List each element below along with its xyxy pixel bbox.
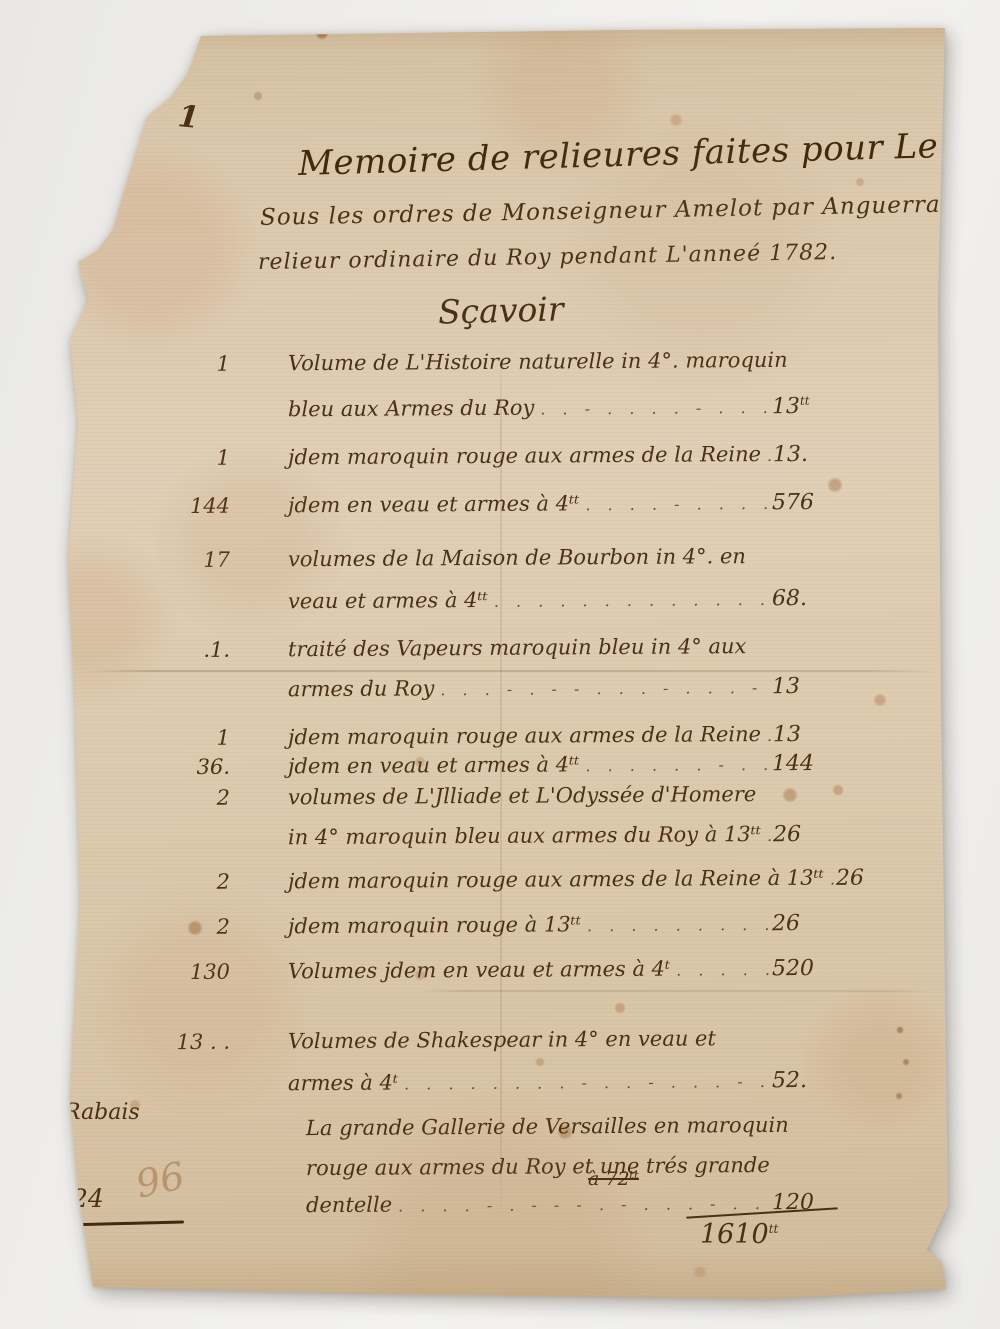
quantity bbox=[130, 1213, 238, 1214]
entry-line: 2jdem maroquin rouge à 13ᵗᵗ. . . . . . .… bbox=[130, 911, 822, 941]
manuscript-paper-wrap: 2. 1 Memoire de relieures faites pour Le… bbox=[0, 0, 1000, 1329]
dot-leader: . . . . - . . . . . . - . . . bbox=[579, 494, 772, 514]
quantity: 144 bbox=[130, 494, 238, 519]
entry-line: 36.jdem en veau et armes à 4ᵗᵗ. . . . . … bbox=[130, 751, 822, 781]
dot-leader: . . . - bbox=[761, 826, 773, 845]
entry-line: La grande Gallerie de Versailles en maro… bbox=[130, 1113, 822, 1142]
quantity bbox=[130, 609, 238, 610]
entry-line: 1Volume de L'Histoire naturelle in 4°. m… bbox=[130, 348, 822, 377]
quantity: .1. bbox=[130, 638, 238, 663]
quantity: 2 bbox=[130, 915, 238, 940]
entry-text: volumes de la Maison de Bourbon in 4°. e… bbox=[288, 544, 746, 571]
amount: 13 bbox=[773, 722, 823, 748]
entry-line: 2jdem maroquin rouge aux armes de la Rei… bbox=[130, 866, 822, 896]
amount: 13 bbox=[772, 674, 822, 700]
amount: 144 bbox=[772, 751, 822, 777]
amount: 576 bbox=[772, 490, 822, 516]
entry-text: jdem maroquin rouge aux armes de la Rein… bbox=[288, 722, 761, 749]
photo-background: 2. 1 Memoire de relieures faites pour Le… bbox=[0, 0, 1000, 1329]
quantity: 13 . . bbox=[130, 1030, 238, 1055]
entry-text: bleu aux Armes du Roy bbox=[288, 396, 534, 422]
amount: 26 bbox=[773, 822, 823, 848]
quantity bbox=[130, 1091, 238, 1092]
entry-line: 1jdem maroquin rouge aux armes de la Rei… bbox=[130, 442, 822, 472]
dot-leader: . . . . - . - - - . - . . . - . . . . bbox=[392, 1194, 772, 1216]
entry-text: volumes de L'Jlliade et L'Odyssée d'Home… bbox=[288, 782, 756, 809]
dot-leader: . . . . . - . bbox=[761, 446, 773, 465]
quantity: 17 bbox=[130, 548, 238, 573]
struck-out-value: à 72ᵗᵗ bbox=[588, 1168, 639, 1190]
entry-line: 2volumes de L'Jlliade et L'Odyssée d'Hom… bbox=[130, 782, 822, 811]
entry-line: bleu aux Armes du Roy. . - . . . . - . .… bbox=[130, 394, 822, 424]
dot-leader: . . . - . - - . . . - . . . - . - . . - … bbox=[434, 678, 772, 699]
quantity bbox=[130, 697, 238, 698]
corner-ink-mark: 1 bbox=[176, 99, 200, 136]
entry-text: armes à 4ᵗ bbox=[288, 1071, 398, 1096]
quantity bbox=[130, 1136, 238, 1137]
dot-leader: . . . . bbox=[824, 870, 836, 889]
entry-line: 17volumes de la Maison de Bourbon in 4°.… bbox=[130, 544, 822, 573]
dot-leader: . . - - - - . bbox=[761, 726, 773, 745]
entry-text: traité des Vapeurs maroquin bleu in 4° a… bbox=[288, 634, 747, 661]
entry-text: Volumes jdem en veau et armes à 4ᵗ bbox=[288, 957, 670, 984]
amount: 26 bbox=[772, 911, 822, 937]
amount: 520 bbox=[772, 956, 822, 982]
amount: 13tt bbox=[772, 394, 822, 420]
entry-line: veau et armes à 4ᵗᵗ. . . . . . . . . . .… bbox=[130, 586, 822, 616]
dot-leader: . . . . . . . . . . - . . - bbox=[581, 915, 772, 935]
dot-leader: . . . . . . . . . . . . . . - . . - . - … bbox=[488, 590, 772, 611]
fold-crease-horizontal bbox=[420, 990, 932, 992]
entry-text: jdem maroquin rouge aux armes de la Rein… bbox=[288, 866, 824, 894]
document-title: Memoire de relieures faites pour Le Roy bbox=[298, 124, 1000, 184]
total-amount: 1610tt bbox=[700, 1219, 778, 1250]
rabais-label: Rabais bbox=[64, 1100, 140, 1125]
entry-text: jdem en veau et armes à 4ᵗᵗ bbox=[288, 492, 580, 518]
document-subtitle-line2: relieur ordinaire du Roy pendant L'anneé… bbox=[258, 240, 837, 275]
amount: 68. bbox=[772, 586, 822, 612]
manuscript-page: 2. 1 Memoire de relieures faites pour Le… bbox=[0, 0, 1000, 1329]
dot-leader: . . . . . . . . . bbox=[670, 960, 772, 980]
entry-text: jdem maroquin rouge aux armes de la Rein… bbox=[288, 442, 761, 469]
entry-text: armes du Roy bbox=[288, 677, 434, 702]
dot-leader: . . . . . . . . - . . - . . . - . - . . … bbox=[398, 1072, 772, 1094]
rabais-amount: 24 bbox=[72, 1184, 104, 1213]
quantity bbox=[130, 417, 238, 418]
entry-text: dentelle bbox=[306, 1193, 392, 1218]
rabais-underline bbox=[62, 1220, 184, 1226]
entry-line: armes du Roy. . . - . - - . . . - . . . … bbox=[130, 674, 822, 704]
quantity: 1 bbox=[130, 726, 238, 751]
entry-line: armes à 4ᵗ. . . . . . . . - . . - . . . … bbox=[130, 1068, 822, 1098]
quantity: 1 bbox=[130, 446, 238, 471]
entry-text: Volume de L'Histoire naturelle in 4°. ma… bbox=[288, 348, 788, 375]
document-subtitle-line1: Sous les ordres de Monseigneur Amelot pa… bbox=[260, 191, 973, 231]
entry-text: Volumes de Shakespear in 4° en veau et bbox=[288, 1026, 716, 1053]
entry-text: jdem maroquin rouge à 13ᵗᵗ bbox=[288, 913, 581, 939]
entry-text: rouge aux armes du Roy et une trés grand… bbox=[306, 1153, 770, 1180]
entry-text: veau et armes à 4ᵗᵗ bbox=[288, 588, 488, 613]
entry-line: 13 . .Volumes de Shakespear in 4° en vea… bbox=[130, 1026, 822, 1055]
quantity: 1 bbox=[130, 352, 238, 377]
entry-text: in 4° maroquin bleu aux armes du Roy à 1… bbox=[288, 822, 761, 849]
entry-line: in 4° maroquin bleu aux armes du Roy à 1… bbox=[130, 822, 822, 852]
quantity bbox=[130, 845, 238, 846]
quantity: 2 bbox=[130, 870, 238, 895]
entry-line: rouge aux armes du Roy et une trés grand… bbox=[130, 1153, 822, 1182]
entry-line: .1.traité des Vapeurs maroquin bleu in 4… bbox=[130, 634, 822, 663]
entry-line: 144jdem en veau et armes à 4ᵗᵗ. . . . - … bbox=[130, 490, 822, 520]
entry-text: jdem en veau et armes à 4ᵗᵗ bbox=[288, 753, 580, 779]
section-heading: Sçavoir bbox=[438, 289, 565, 331]
dot-leader: . . - . . . . - . . . . . . - - . . . . … bbox=[534, 398, 772, 419]
amount: 52. bbox=[772, 1068, 822, 1094]
corner-pencil-mark: 2. bbox=[154, 42, 178, 69]
fold-crease-horizontal bbox=[82, 670, 938, 672]
amount: 13. bbox=[773, 442, 823, 468]
quantity: 2 bbox=[130, 786, 238, 811]
entry-line: 130Volumes jdem en veau et armes à 4ᵗ. .… bbox=[130, 956, 822, 986]
entry-line: 1jdem maroquin rouge aux armes de la Rei… bbox=[130, 722, 822, 752]
quantity: 36. bbox=[130, 755, 238, 780]
amount: 26 bbox=[836, 865, 886, 891]
entry-text: La grande Gallerie de Versailles en maro… bbox=[306, 1113, 789, 1140]
quantity: 130 bbox=[130, 960, 238, 985]
dot-leader: . . . . . . - . . . . - bbox=[579, 755, 772, 775]
